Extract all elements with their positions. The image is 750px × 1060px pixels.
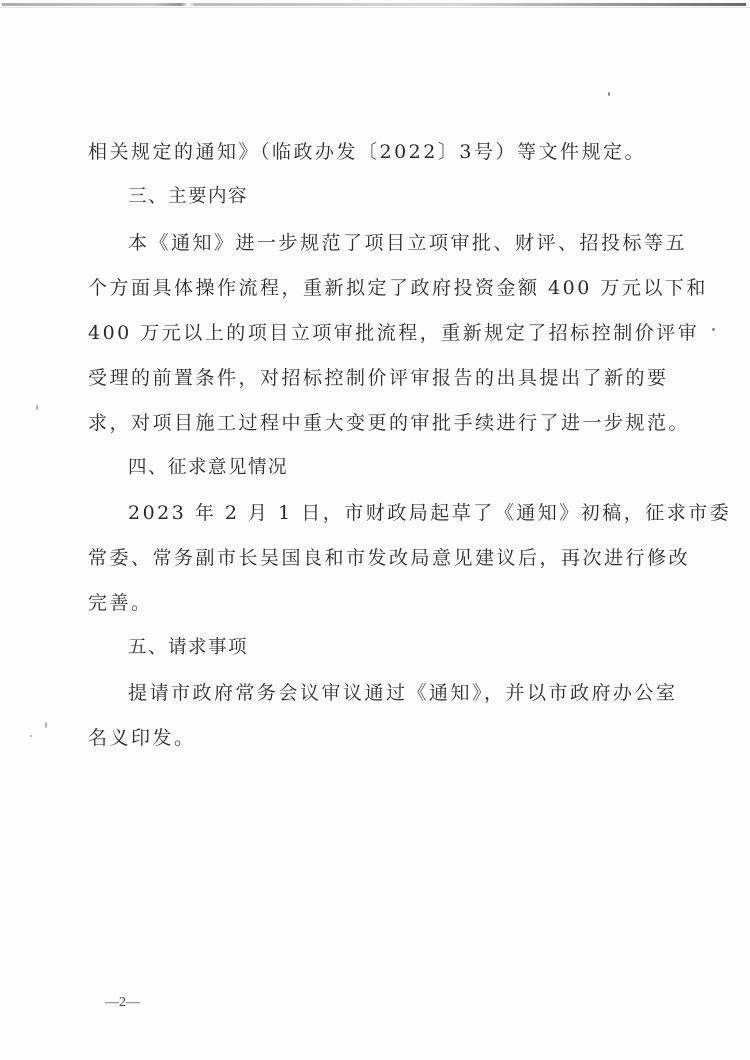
section-heading-main-content: 三、主要内容	[128, 185, 248, 209]
paragraph-line: 求，对项目施工过程中重大变更的审批手续进行了进一步规范。	[88, 411, 690, 435]
scan-speck	[45, 722, 47, 728]
paragraph-line: 名义印发。	[88, 726, 196, 750]
paragraph-line: 提请市政府常务会议审议通过《通知》，并以市政府办公室	[128, 681, 678, 705]
paragraph-line: 常委、常务副市长吴国良和市发改局意见建议后，再次进行修改	[88, 546, 690, 570]
paragraph-line: 2023 年 2 月 1 日，市财政局起草了《通知》初稿，征求市委	[128, 501, 731, 525]
scan-edge-artifact	[2, 3, 746, 6]
paragraph-line: 受理的前置条件，对招标控制价评审报告的出具提出了新的要	[88, 366, 669, 390]
section-heading-request: 五、请求事项	[128, 636, 248, 660]
scan-speck	[608, 92, 610, 96]
paragraph-line: 相关规定的通知》（临政办发〔2022〕3号）等文件规定。	[88, 140, 646, 164]
scan-speck	[36, 405, 38, 410]
page-number: —2—	[105, 995, 140, 1011]
paragraph-line: 本《通知》进一步规范了项目立项审批、财评、招投标等五	[128, 231, 687, 255]
paragraph-line: 400 万元以上的项目立项审批流程，重新规定了招标控制价评审	[88, 321, 699, 345]
scan-speck	[30, 735, 32, 737]
section-heading-consultation: 四、征求意见情况	[128, 456, 288, 480]
scan-speck	[712, 328, 715, 331]
scan-edge-line	[0, 7, 750, 8]
paragraph-line: 个方面具体操作流程，重新拟定了政府投资金额 400 万元以下和	[88, 276, 708, 300]
paragraph-line: 完善。	[88, 591, 153, 615]
